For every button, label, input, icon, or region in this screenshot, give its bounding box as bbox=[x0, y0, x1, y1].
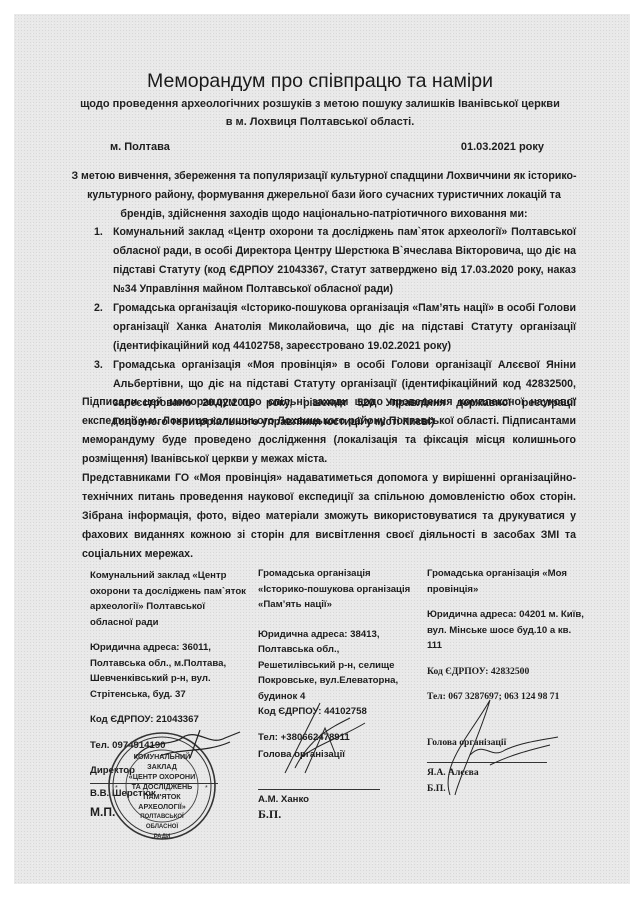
party-text: Громадська організація «Історико-пошуков… bbox=[113, 302, 576, 352]
signatory-phone: Тел: 067 3287697; 063 124 98 71 bbox=[427, 689, 587, 705]
signatory-org: Громадська організація «Історико-пошуков… bbox=[258, 566, 418, 613]
party-item: 1.Комунальний заклад «Центр охорони та д… bbox=[82, 223, 576, 299]
signatory-position: Голова організації bbox=[427, 735, 587, 751]
signatory-address: Юридична адреса: 04201 м. Київ, вул. Мін… bbox=[427, 607, 587, 654]
seal-label: Б.П. bbox=[427, 781, 587, 797]
document-city: м. Полтава bbox=[110, 141, 170, 153]
signature-line bbox=[258, 789, 380, 790]
body-paragraph-1: Підписали цей меморандум про спільні зах… bbox=[82, 393, 576, 469]
signatory-address: Юридична адреса: 36011, Полтавська обл.,… bbox=[90, 640, 250, 702]
signatory-name: А.М. Ханко bbox=[258, 792, 418, 808]
party-text: Комунальний заклад «Центр охорони та дос… bbox=[113, 226, 576, 295]
signatory-block-3: Громадська організація «Моя провінція» Ю… bbox=[427, 566, 587, 796]
signatory-edrpou: Код ЄДРПОУ: 42832500 bbox=[427, 664, 587, 680]
seal-label: Б.П. bbox=[258, 807, 418, 823]
signatory-org: Громадська організація «Моя провінція» bbox=[427, 566, 587, 597]
signatory-edrpou: Код ЄДРПОУ: 21043367 bbox=[90, 712, 250, 728]
signatory-name: Я.А. Алєєва bbox=[427, 765, 587, 781]
signatory-edrpou: Код ЄДРПОУ: 44102758 bbox=[258, 704, 418, 720]
signature-line bbox=[427, 762, 547, 763]
signatory-phone: Тел: +380662478911 bbox=[258, 730, 418, 746]
signatory-org: Комунальний заклад «Центр охорони та дос… bbox=[90, 568, 250, 630]
document-subtitle-line2: в м. Лохвиця Полтавської області. bbox=[0, 116, 640, 128]
signatory-address: Юридична адреса: 38413, Полтавська обл.,… bbox=[258, 627, 418, 705]
body-paragraph-2: Представниками ГО «Моя провінція» надава… bbox=[82, 469, 576, 564]
intro-paragraph: З метою вивчення, збереження та популяри… bbox=[68, 167, 580, 224]
party-item: 2.Громадська організація «Історико-пошук… bbox=[82, 299, 576, 356]
party-number: 1. bbox=[94, 223, 103, 242]
official-stamp: * * КОМУНАЛЬНИЙ ЗАКЛАД «ЦЕНТР ОХОРОНИ ТА… bbox=[107, 730, 217, 842]
party-number: 3. bbox=[94, 356, 103, 375]
signatory-block-2: Громадська організація «Історико-пошуков… bbox=[258, 566, 418, 823]
signatory-position: Голова організації bbox=[258, 747, 418, 763]
document-title: Меморандум про співпрацю та наміри bbox=[0, 70, 640, 93]
party-number: 2. bbox=[94, 299, 103, 318]
document-subtitle-line1: щодо проведення археологічних розшуків з… bbox=[0, 98, 640, 110]
stamp-text: КОМУНАЛЬНИЙ ЗАКЛАД «ЦЕНТР ОХОРОНИ ТА ДОС… bbox=[107, 752, 217, 842]
document-date: 01.03.2021 року bbox=[461, 141, 544, 153]
